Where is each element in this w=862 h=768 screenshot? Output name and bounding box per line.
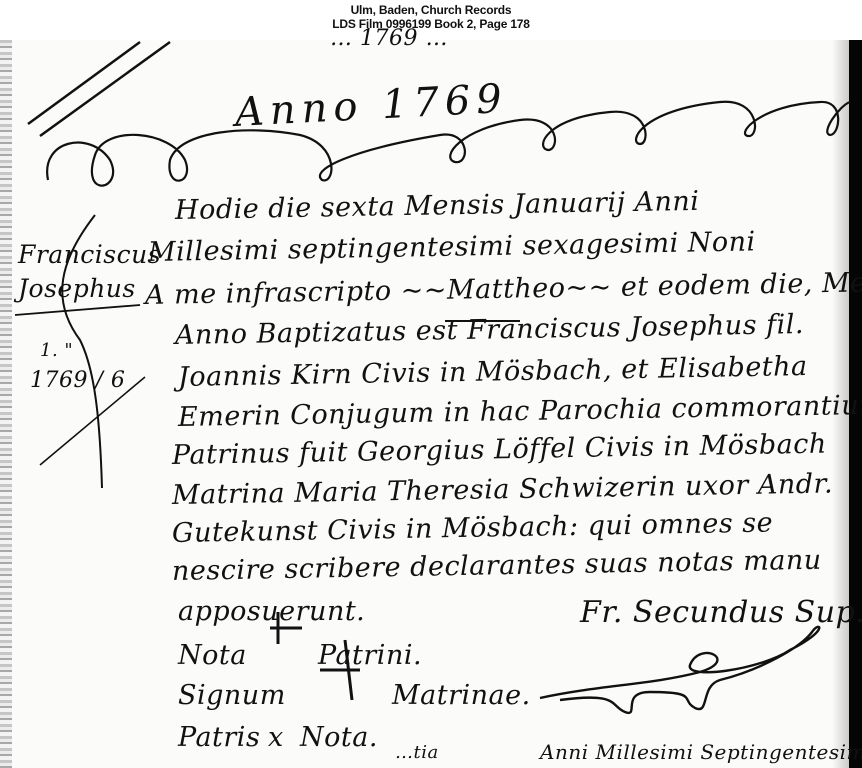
mark-1-role: Patrini. — [318, 640, 422, 671]
entry-line-10: nescire scribere declarantes suas notas … — [172, 545, 822, 587]
entry-line-7: Patrinus fuit Georgius Löffel Civis in M… — [172, 429, 827, 471]
mark-1-label: Nota — [178, 640, 247, 671]
margin-number-top: 1. " — [40, 340, 73, 361]
mark-2-role: Matrinae. — [392, 680, 531, 711]
bottom-fragment-right: Anni Millesimi Septingentesimi — [540, 740, 862, 764]
priest-signature: Fr. Secundus Sup. — [580, 595, 862, 630]
entry-line-1: Hodie die sexta Mensis Januarij Anni — [175, 186, 700, 226]
mark-3-role: Nota. — [300, 722, 378, 753]
entry-line-5: Joannis Kirn Civis in Mösbach, et Elisab… — [178, 351, 808, 393]
margin-name-line2: Josephus — [18, 274, 136, 303]
mark-3-symbol: x — [268, 722, 284, 753]
record-collection-title: Ulm, Baden, Church Records — [0, 0, 862, 17]
top-cut-fragment: … 1769 … — [330, 26, 448, 51]
mark-3-label: Patris — [178, 722, 260, 753]
margin-name-line1: Franciscus — [18, 240, 161, 269]
entry-line-9: Gutekunst Civis in Mösbach: qui omnes se — [172, 508, 774, 549]
page-left-edge — [0, 40, 12, 768]
manuscript-scan: … 1769 … Anno 1769 Franciscus Josephus 1… — [0, 40, 862, 768]
margin-record-number: 1769 / 6 — [30, 368, 125, 393]
bottom-fragment-left: …tia — [395, 742, 439, 763]
year-heading: Anno 1769 — [234, 76, 509, 136]
entry-line-6: Emerin Conjugum in hac Parochia commoran… — [178, 390, 862, 433]
entry-line-4: Anno Baptizatus est Franciscus Josephus … — [175, 309, 804, 351]
entry-line-2: Millesimi septingentesimi sexagesimi Non… — [148, 226, 756, 268]
entry-line-8: Matrina Maria Theresia Schwizerin uxor A… — [172, 468, 834, 511]
mark-2-label: Signum — [178, 680, 286, 711]
entry-line-3: A me infrascripto ~~Mattheo~~ et eodem d… — [145, 266, 862, 311]
entry-line-11: apposuerunt. — [178, 596, 365, 627]
